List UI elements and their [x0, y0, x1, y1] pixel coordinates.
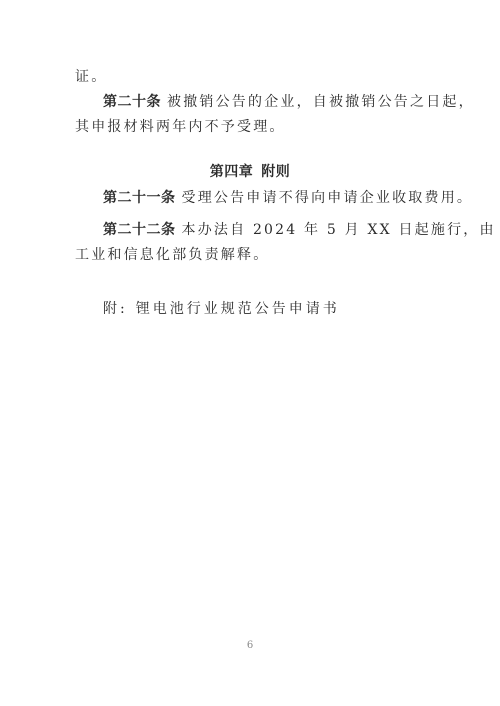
article-text: 工业和信息化部负责解释。: [75, 247, 269, 263]
article-21: 第二十一条受理公告申请不得向申请企业收取费用。: [103, 189, 473, 207]
article-text: 其申报材料两年内不予受理。: [75, 119, 286, 135]
article-number: 第二十一条: [103, 190, 176, 206]
article-20-continuation: 其申报材料两年内不予受理。: [75, 118, 286, 136]
article-22: 第二十二条本办法自 2024 年 5 月 XX 日起施行，由: [103, 221, 496, 239]
article-22-continuation: 工业和信息化部负责解释。: [75, 246, 269, 264]
article-number: 第二十条: [103, 94, 161, 110]
article-text: 被撤销公告的企业，自被撤销公告之日起，: [167, 94, 475, 110]
text: 证。: [75, 69, 107, 85]
chapter-heading: 第四章附则: [0, 163, 500, 181]
article-text: 受理公告申请不得向申请企业收取费用。: [182, 190, 474, 206]
article-text: 本办法自 2024 年 5 月 XX 日起施行，由: [182, 222, 496, 238]
paragraph-continuation: 证。: [75, 68, 107, 86]
chapter-title: 附则: [261, 164, 290, 180]
attachment-line: 附:锂电池行业规范公告申请书: [103, 300, 340, 318]
page-number: 6: [0, 640, 500, 651]
attachment-label: 附:: [103, 301, 128, 317]
chapter-number: 第四章: [210, 164, 254, 180]
attachment-title: 锂电池行业规范公告申请书: [136, 301, 340, 317]
article-number: 第二十二条: [103, 222, 176, 238]
article-20: 第二十条被撤销公告的企业，自被撤销公告之日起，: [103, 93, 475, 111]
document-page: 证。 第二十条被撤销公告的企业，自被撤销公告之日起， 其申报材料两年内不予受理。…: [0, 0, 500, 706]
